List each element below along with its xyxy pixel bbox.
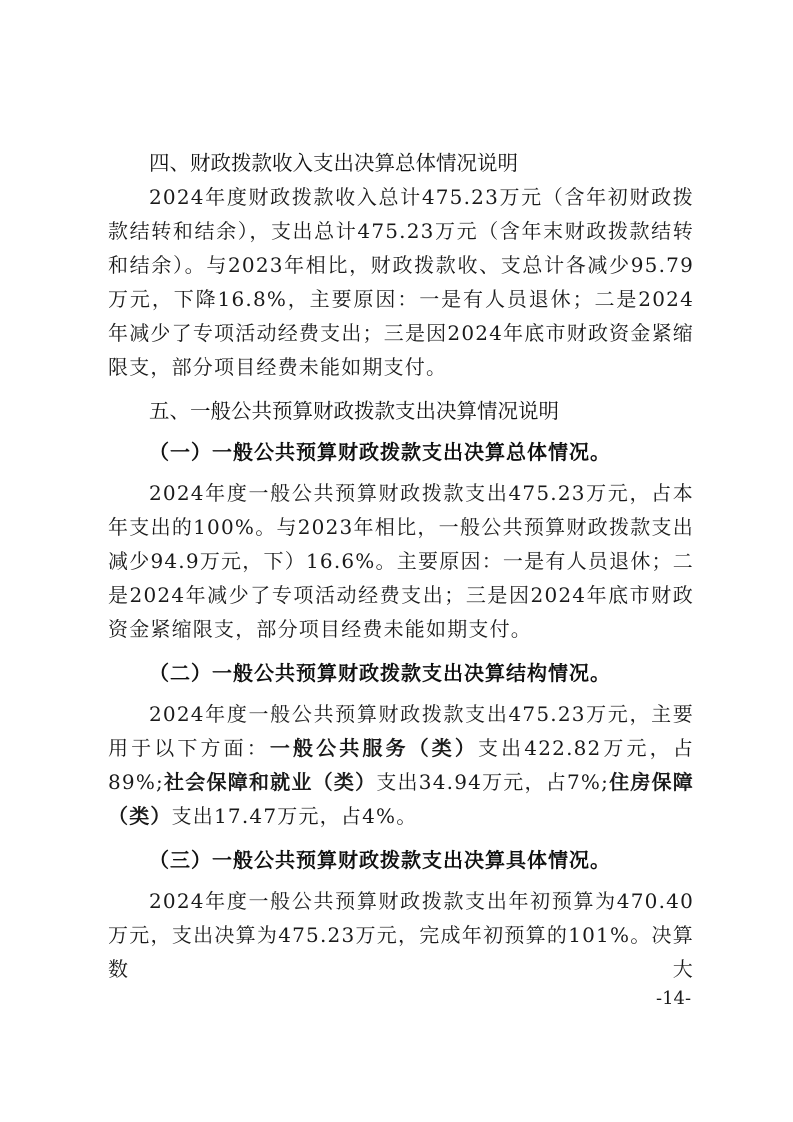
subsection-3-heading: （三）一般公共预算财政拨款支出决算具体情况。 xyxy=(108,843,694,877)
subsection-1-heading: （一）一般公共预算财政拨款支出决算总体情况。 xyxy=(108,435,694,469)
spacer xyxy=(108,428,694,435)
spacer xyxy=(108,646,694,656)
section-4-heading: 四、财政拨款收入支出决算总体情况说明 xyxy=(108,146,694,180)
section-5-heading: 五、一般公共预算财政拨款支出决算情况说明 xyxy=(108,394,694,428)
subsection-1-paragraph: 2024年度一般公共预算财政拨款支出475.23万元，占本年支出的100%。与2… xyxy=(108,476,694,646)
category-social-security-amount: 支出34.94万元，占7%; xyxy=(376,770,609,794)
category-social-security: 社会保障和就业（类） xyxy=(164,770,376,794)
category-housing-amount: 支出17.47万元，占4%。 xyxy=(172,804,418,828)
subsection-2-heading: （二）一般公共预算财政拨款支出决算结构情况。 xyxy=(108,656,694,690)
page-number: -14- xyxy=(656,988,691,1009)
spacer xyxy=(108,690,694,697)
subsection-2-paragraph: 2024年度一般公共预算财政拨款支出475.23万元，主要用于以下方面：一般公共… xyxy=(108,697,694,833)
spacer xyxy=(108,877,694,884)
spacer xyxy=(108,384,694,394)
spacer xyxy=(108,833,694,843)
spacer xyxy=(108,469,694,476)
section-4-paragraph: 2024年度财政拨款收入总计475.23万元（含年初财政拨款结转和结余），支出总… xyxy=(108,180,694,384)
subsection-3-paragraph: 2024年度一般公共预算财政拨款支出年初预算为470.40万元，支出决算为475… xyxy=(108,884,694,986)
document-page: 四、财政拨款收入支出决算总体情况说明 2024年度财政拨款收入总计475.23万… xyxy=(108,146,694,986)
category-general-public-services: 一般公共服务（类） xyxy=(270,736,478,760)
